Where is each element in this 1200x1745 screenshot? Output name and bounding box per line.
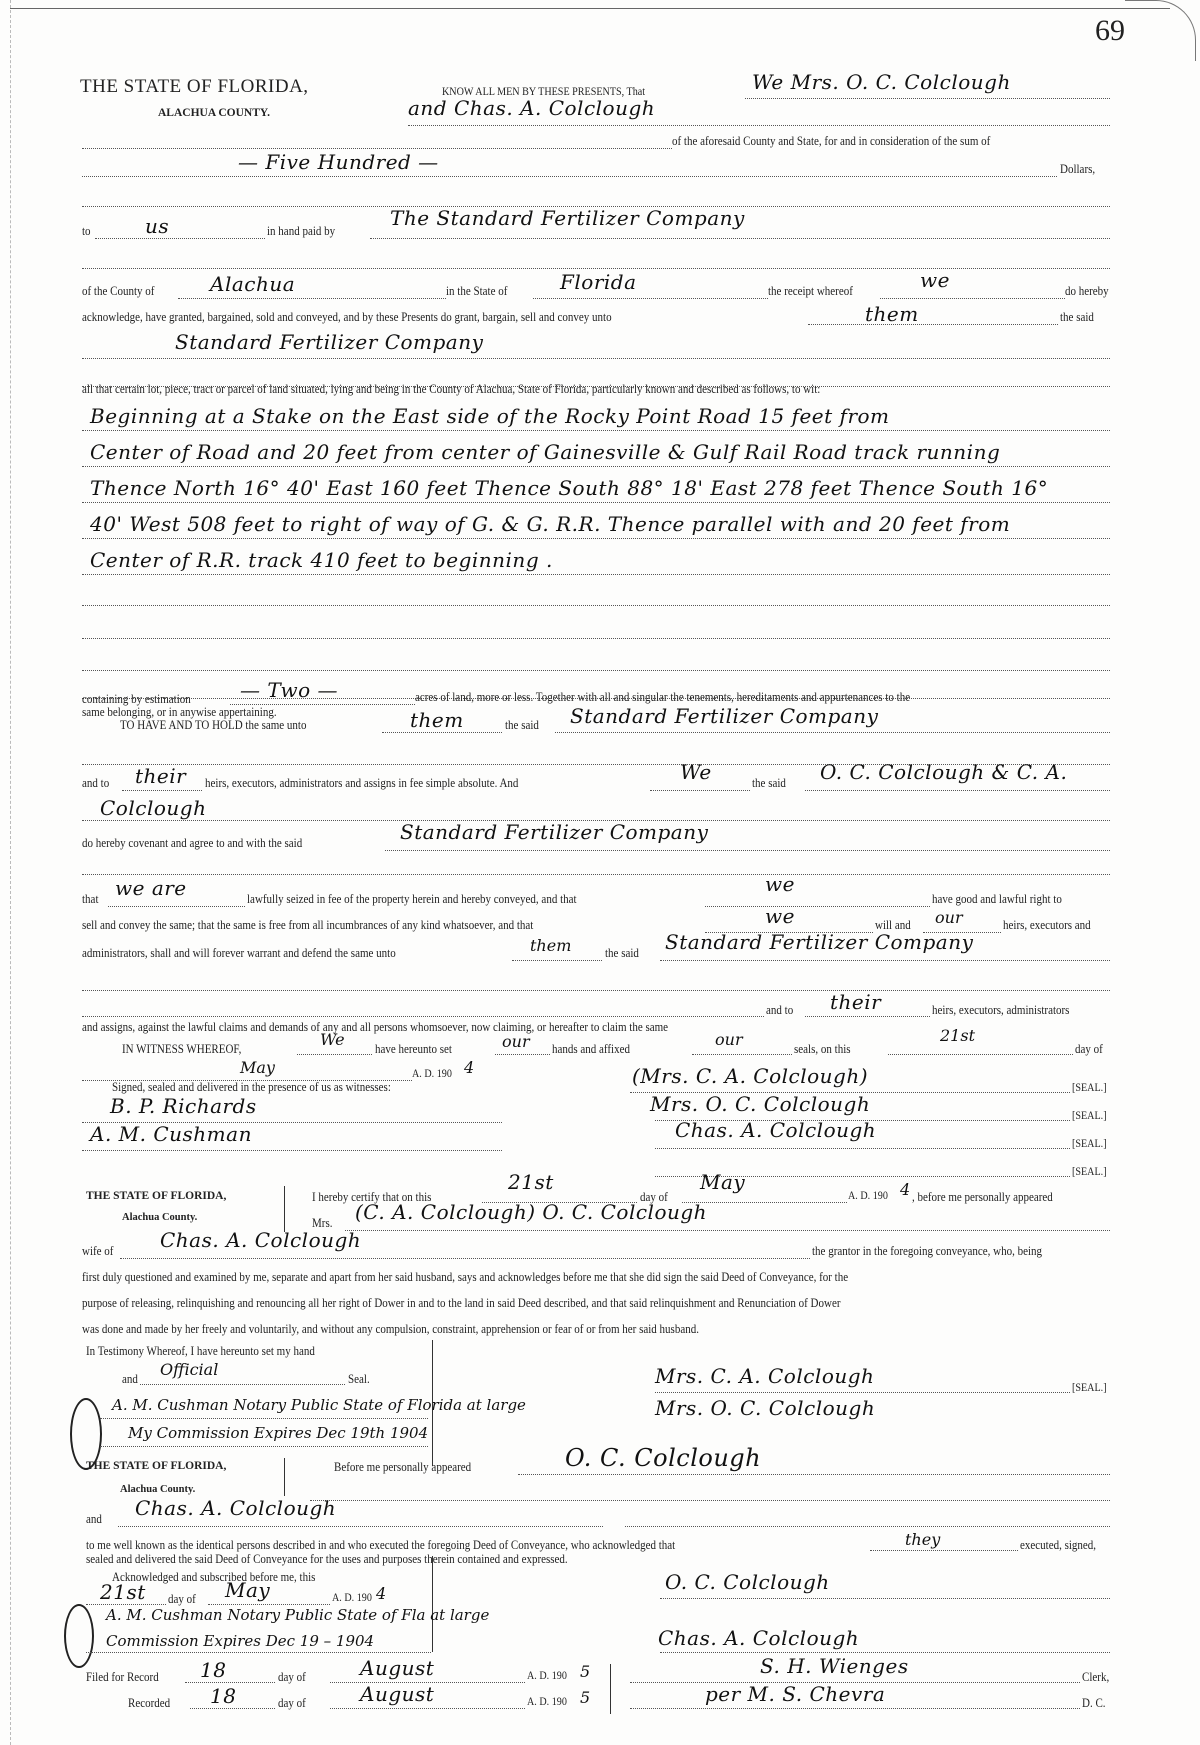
seal-label: [SEAL.]: [1072, 1110, 1107, 1122]
do-hereby: do hereby: [1065, 284, 1109, 299]
known-text: to me well known as the identical person…: [86, 1538, 675, 1553]
sell-text: sell and convey the same; that the same …: [82, 918, 533, 933]
notary-seal-mark: [64, 1604, 94, 1668]
convey-unto-value: them: [865, 302, 919, 326]
grantors-value-cont: Colclough: [100, 796, 206, 820]
dower-year: 4: [900, 1180, 910, 1199]
dower-day: 21st: [508, 1170, 554, 1194]
grantor-text: the grantor in the foregoing conveyance,…: [812, 1244, 1042, 1259]
ack-state: THE STATE OF FLORIDA,: [86, 1460, 226, 1472]
admin-text: administrators, shall and will forever w…: [82, 946, 396, 961]
grantee-value: Standard Fertilizer Company: [175, 330, 483, 354]
hereunto-text: have hereunto set: [375, 1042, 452, 1057]
witness-signature: B. P. Richards: [110, 1094, 257, 1118]
right-text: have good and lawful right to: [932, 892, 1062, 907]
dower-month: May: [700, 1170, 745, 1194]
dower-mrs-value: (C. A. Colclough) O. C. Colclough: [355, 1200, 707, 1224]
recorded-day: 18: [210, 1684, 236, 1708]
notary-signature: A. M. Cushman Notary Public State of Flo…: [112, 1396, 526, 1414]
seal-label: [SEAL.]: [1072, 1166, 1107, 1178]
grantors-line2: and Chas. A. Colclough: [408, 96, 655, 120]
filed-month: August: [360, 1656, 434, 1680]
page-number: 69: [1095, 14, 1125, 48]
filed-year: 5: [580, 1662, 590, 1681]
acres-value: — Two —: [240, 678, 338, 702]
dower-body-line: was done and made by her freely and volu…: [82, 1322, 699, 1337]
will-and-value: our: [935, 908, 963, 927]
to-have-grantee: Standard Fertilizer Company: [570, 704, 878, 728]
clerk-label: Clerk,: [1082, 1670, 1109, 1685]
to-label: to: [82, 224, 91, 239]
and-to-label: and to: [82, 776, 109, 791]
signed-text: Signed, sealed and delivered in the pres…: [112, 1080, 391, 1095]
hands-value: our: [502, 1032, 530, 1051]
ack-signature: O. C. Colclough: [665, 1570, 830, 1594]
description-line: 40' West 508 feet to right of way of G. …: [90, 512, 1010, 536]
ack-notary-signature: A. M. Cushman Notary Public State of Fla…: [106, 1606, 489, 1624]
grantor-signature: (Mrs. C. A. Colclough): [632, 1064, 868, 1088]
dc-label: D. C.: [1082, 1696, 1106, 1711]
filed-day: 18: [200, 1658, 226, 1682]
admin-value: them: [530, 936, 571, 955]
wife-of-value: Chas. A. Colclough: [160, 1228, 361, 1252]
acres-text: acres of land, more or less. Together wi…: [415, 690, 910, 705]
clerk-signature: S. H. Wienges: [760, 1654, 909, 1678]
ad-label: A. D. 190: [527, 1696, 567, 1708]
dower-body-line: first duly questioned and examined by me…: [82, 1270, 848, 1285]
ad-label: A. D. 190: [332, 1592, 372, 1604]
deputy-clerk-signature: per M. S. Chevra: [705, 1682, 885, 1706]
notary-commission: My Commission Expires Dec 19th 1904: [128, 1424, 428, 1442]
day-of-label: day of: [278, 1696, 306, 1711]
and-to-label: and to: [766, 1003, 793, 1018]
description-line: Thence North 16° 40' East 160 feet Thenc…: [90, 476, 1048, 500]
receipt-value: we: [920, 268, 950, 292]
covenant-value: Standard Fertilizer Company: [400, 820, 708, 844]
ack-person2: Chas. A. Colclough: [135, 1496, 336, 1520]
appeared-text: , before me personally appeared: [912, 1190, 1053, 1205]
grantors-line1: We Mrs. O. C. Colclough: [752, 70, 1011, 94]
grantor-signature: Chas. A. Colclough: [675, 1118, 876, 1142]
hands-text: hands and affixed: [552, 1042, 630, 1057]
recorded-month: August: [360, 1682, 434, 1706]
grantor-signature: Mrs. O. C. Colclough: [650, 1092, 870, 1116]
state-label: in the State of: [446, 284, 507, 299]
sealed-text: sealed and delivered the said Deed of Co…: [86, 1552, 568, 1567]
filed-label: Filed for Record: [86, 1670, 159, 1685]
dower-county: Alachua County.: [122, 1212, 197, 1223]
admin-grantee: Standard Fertilizer Company: [665, 930, 973, 954]
and-value: We: [680, 760, 712, 784]
heirs-executors-text: heirs, executors and: [1003, 918, 1091, 933]
seals-text: seals, on this: [794, 1042, 851, 1057]
and-label: and: [86, 1512, 102, 1527]
dollars-label: Dollars,: [1060, 162, 1095, 177]
county-value: Alachua: [210, 272, 295, 296]
ack-person1: O. C. Colclough: [565, 1444, 761, 1472]
paid-by-label: in hand paid by: [267, 224, 335, 239]
dower-state: THE STATE OF FLORIDA,: [86, 1190, 226, 1202]
recorded-year: 5: [580, 1688, 590, 1707]
witness-signature: A. M. Cushman: [90, 1122, 252, 1146]
dower-body-line: purpose of releasing, relinquishing and …: [82, 1296, 840, 1311]
description-intro: all that certain lot, piece, tract or pa…: [82, 382, 820, 397]
witness-year: 4: [464, 1058, 474, 1077]
description-line: Center of Road and 20 feet from center o…: [90, 440, 1000, 464]
day-of-label: day of: [278, 1670, 306, 1685]
seal-label: [SEAL.]: [1072, 1382, 1107, 1394]
ack-year: 4: [376, 1584, 386, 1603]
ack-they: they: [905, 1530, 940, 1549]
witness-day: 21st: [940, 1026, 975, 1045]
ack-month: May: [225, 1578, 270, 1602]
day-of-label: day of: [1075, 1042, 1103, 1057]
before-me-text: Before me personally appeared: [334, 1460, 471, 1475]
heirs-executors-text: heirs, executors, administrators: [932, 1003, 1069, 1018]
paid-by-value: The Standard Fertilizer Company: [390, 206, 745, 230]
seal-label: [SEAL.]: [1072, 1138, 1107, 1150]
day-of-label: day of: [168, 1592, 196, 1607]
description-line: Beginning at a Stake on the East side of…: [90, 404, 890, 428]
official-value: Official: [160, 1360, 218, 1379]
witness-whereof: IN WITNESS WHEREOF,: [122, 1042, 241, 1057]
page-corner: [1125, 0, 1196, 61]
page-edge-top: [10, 8, 1170, 9]
heirs-text: heirs, executors, administrators and ass…: [205, 776, 518, 791]
ack-day: 21st: [100, 1580, 146, 1604]
the-said-label: the said: [505, 718, 539, 733]
seal-label: [SEAL.]: [1072, 1082, 1107, 1094]
ad-label: A. D. 190: [848, 1190, 888, 1202]
ad-label: A. D. 190: [527, 1670, 567, 1682]
the-said-label: the said: [605, 946, 639, 961]
to-value: us: [145, 214, 169, 238]
county-label: of the County of: [82, 284, 154, 299]
header-state: THE STATE OF FLORIDA,: [80, 76, 309, 98]
seals-value: our: [715, 1030, 743, 1049]
covenant-label: do hereby covenant and agree to and with…: [82, 836, 302, 851]
recorded-label: Recorded: [128, 1696, 170, 1711]
description-line: Center of R.R. track 410 feet to beginni…: [90, 548, 553, 572]
witness-month: May: [240, 1058, 275, 1077]
seized-value: we: [765, 872, 795, 896]
acknowledge-text: acknowledge, have granted, bargained, so…: [82, 310, 612, 325]
assigns-text: and assigns, against the lawful claims a…: [82, 1020, 668, 1035]
executed-text: executed, signed,: [1020, 1538, 1096, 1553]
the-said-label: the said: [752, 776, 786, 791]
and-to-value: their: [135, 764, 186, 788]
consideration-amount: — Five Hundred —: [238, 150, 439, 174]
witness-whereof-value: We: [320, 1030, 345, 1049]
grantors-value: O. C. Colclough & C. A.: [820, 760, 1067, 784]
ack-county: Alachua County.: [120, 1484, 195, 1495]
aforesaid-text: of the aforesaid County and State, for a…: [672, 134, 990, 149]
to-have-label: TO HAVE AND TO HOLD the same unto: [120, 718, 306, 733]
dower-signature: Mrs. C. A. Colclough: [655, 1364, 874, 1388]
the-said-label: the said: [1060, 310, 1094, 325]
and-label: and: [122, 1372, 138, 1387]
to-have-value: them: [410, 708, 464, 732]
ack-signature: Chas. A. Colclough: [658, 1626, 859, 1650]
seal-text: Seal.: [348, 1372, 370, 1387]
dower-signature: Mrs. O. C. Colclough: [655, 1396, 875, 1420]
wife-of-label: wife of: [82, 1244, 113, 1259]
ad-label: A. D. 190: [412, 1068, 452, 1080]
that-value: we are: [115, 876, 187, 900]
header-county: ALACHUA COUNTY.: [158, 107, 270, 119]
that-label: that: [82, 892, 99, 907]
receipt-label: the receipt whereof: [768, 284, 853, 299]
seized-text: lawfully seized in fee of the property h…: [247, 892, 577, 907]
state-value: Florida: [560, 270, 637, 294]
deed-page: 69 THE STATE OF FLORIDA, ALACHUA COUNTY.…: [0, 0, 1200, 1745]
and-to-value: their: [830, 990, 881, 1014]
testimony-text: In Testimony Whereof, I have hereunto se…: [86, 1344, 315, 1359]
page-edge-left: [10, 0, 11, 1745]
sell-value: we: [765, 904, 795, 928]
ack-notary-commission: Commission Expires Dec 19 – 1904: [106, 1632, 374, 1650]
